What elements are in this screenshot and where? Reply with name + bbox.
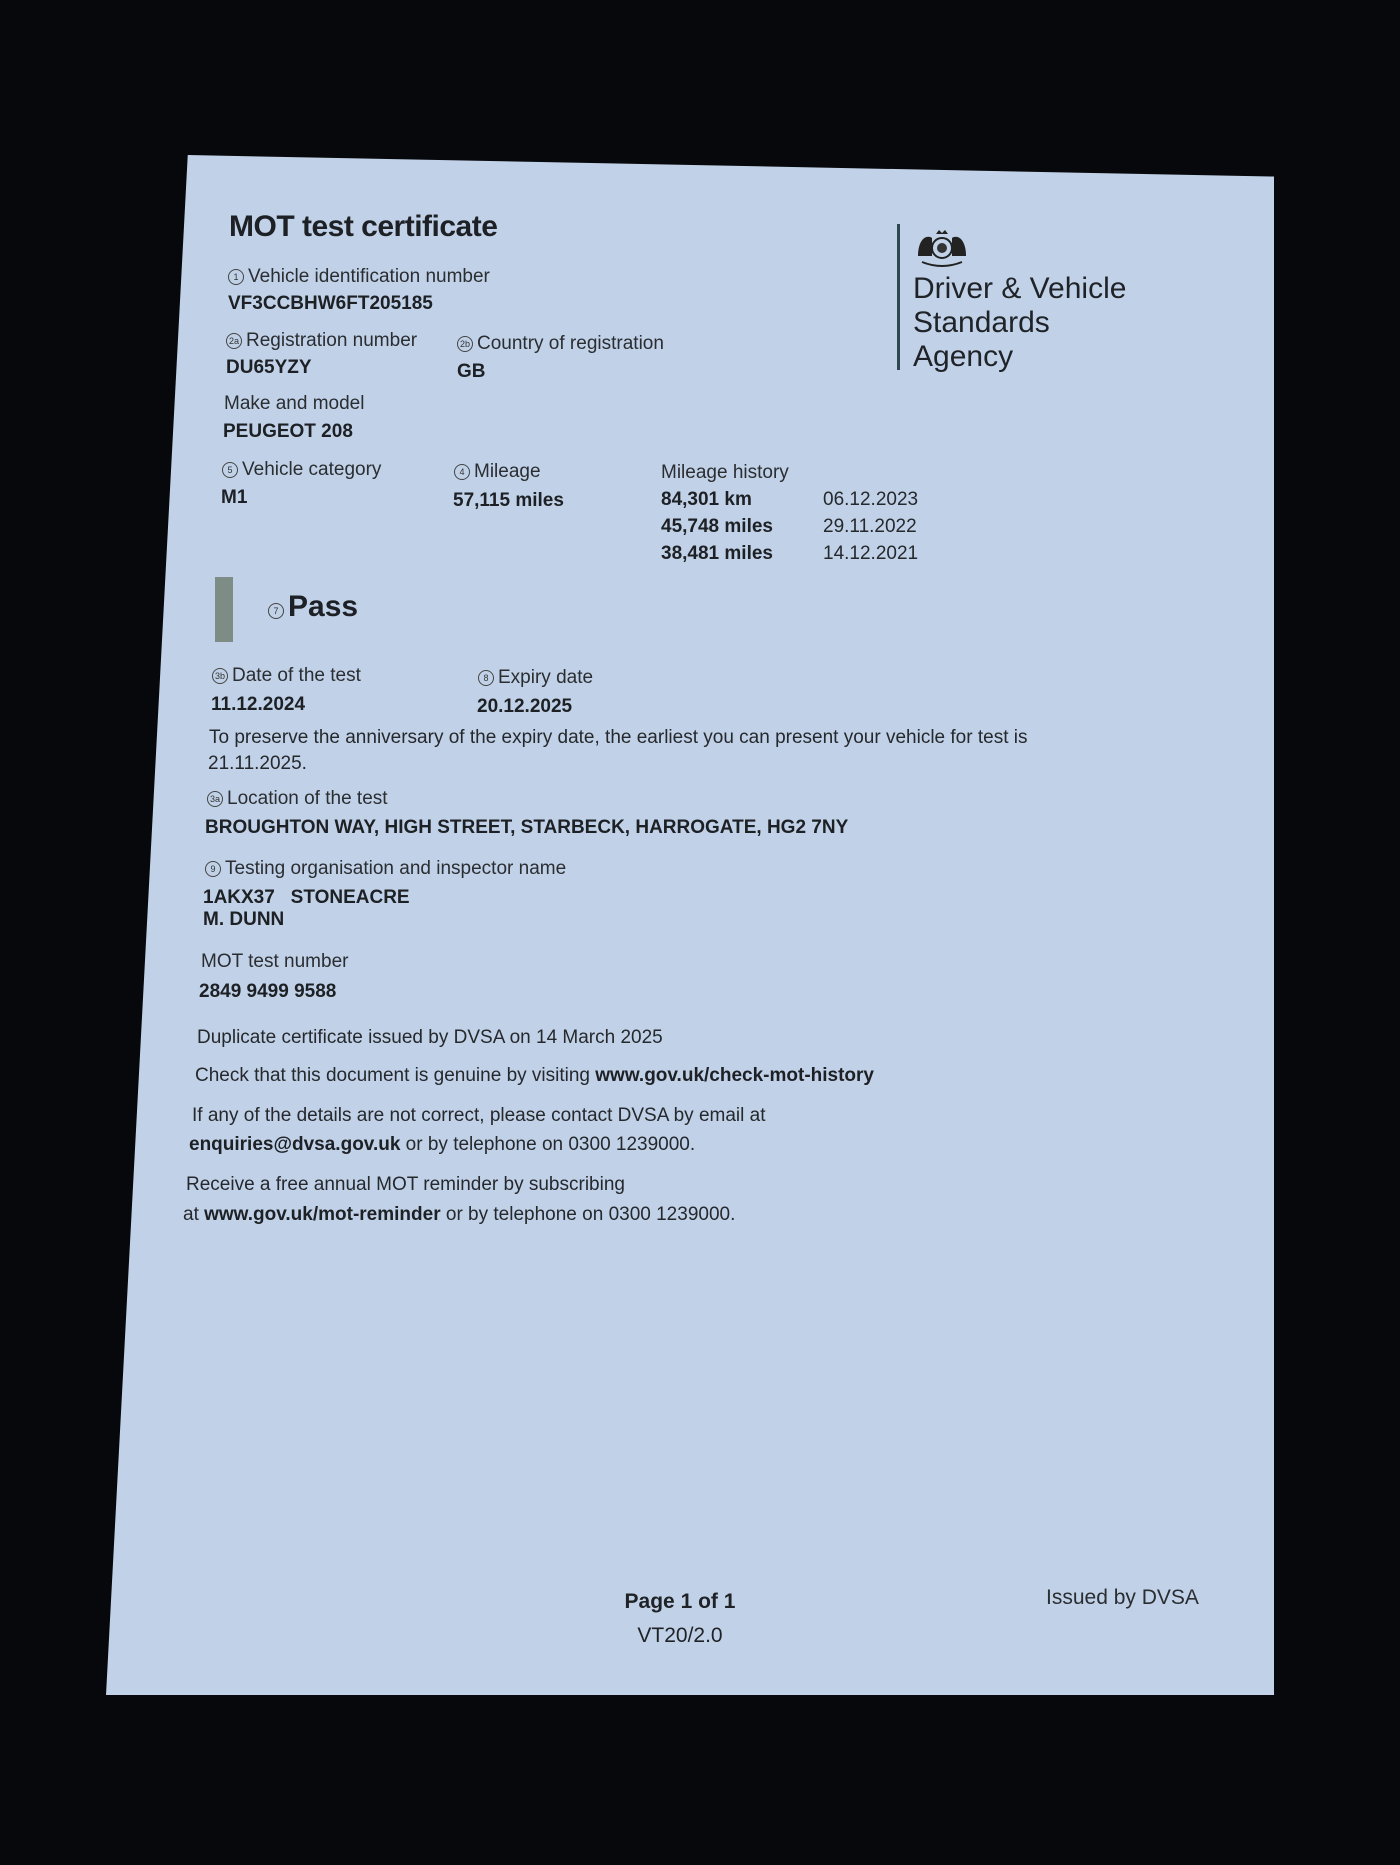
field-number-badge: 9 — [205, 861, 221, 877]
organisation-code-name: 1AKX37 STONEACRE — [203, 887, 410, 909]
reminder-notice-line1: Receive a free annual MOT reminder by su… — [186, 1174, 625, 1196]
page-indicator: Page 1 of 1 — [620, 1590, 740, 1614]
make-model-value: PEUGEOT 208 — [223, 421, 353, 443]
country-value: GB — [457, 361, 486, 383]
registration-label: 2aRegistration number — [226, 330, 417, 352]
logo-divider — [897, 224, 900, 370]
expiry-date-value: 20.12.2025 — [477, 696, 572, 718]
mileage-history-label: Mileage history — [661, 462, 789, 484]
field-number-badge: 4 — [454, 464, 470, 480]
mileage-history-entry: 38,481 miles 14.12.2021 — [661, 543, 918, 570]
field-number-badge: 8 — [478, 670, 494, 686]
anniversary-note: To preserve the anniversary of the expir… — [209, 727, 1027, 749]
agency-name-line: Driver & Vehicle — [913, 272, 1126, 306]
mileage-history-entry: 84,301 km 06.12.2023 — [661, 489, 918, 516]
pass-status-bar — [215, 577, 233, 642]
contact-notice-line1: If any of the details are not correct, p… — [192, 1105, 765, 1127]
vin-label: 1Vehicle identification number — [228, 266, 490, 288]
reminder-notice-line2: at www.gov.uk/mot-reminder or by telepho… — [183, 1204, 735, 1226]
result-value: Pass — [288, 590, 358, 623]
agency-name-line: Standards — [913, 306, 1126, 340]
agency-name-line: Agency — [913, 340, 1126, 374]
field-number-badge: 1 — [228, 269, 244, 285]
category-value: M1 — [221, 487, 247, 509]
field-number-badge: 3a — [207, 791, 223, 807]
test-date-label: 3bDate of the test — [212, 665, 361, 687]
field-number-badge: 3b — [212, 668, 228, 684]
make-model-label: Make and model — [224, 393, 364, 415]
field-number-badge: 7 — [268, 603, 284, 619]
royal-coat-of-arms-icon — [912, 226, 972, 268]
field-number-badge: 2b — [457, 336, 473, 352]
registration-value: DU65YZY — [226, 357, 312, 379]
certificate-title: MOT test certificate — [229, 210, 497, 244]
mileage-history-list: 84,301 km 06.12.2023 45,748 miles 29.11.… — [661, 489, 918, 570]
vin-value: VF3CCBHW6FT205185 — [228, 293, 433, 315]
test-result: 7Pass — [268, 590, 358, 624]
form-code: VT20/2.0 — [620, 1624, 740, 1648]
anniversary-date: 21.11.2025. — [208, 753, 307, 775]
duplicate-notice: Duplicate certificate issued by DVSA on … — [197, 1027, 663, 1049]
issued-by: Issued by DVSA — [1046, 1586, 1199, 1610]
test-number-value: 2849 9499 9588 — [199, 981, 336, 1003]
organisation-label: 9Testing organisation and inspector name — [205, 858, 566, 880]
field-number-badge: 5 — [222, 462, 238, 478]
location-value: BROUGHTON WAY, HIGH STREET, STARBECK, HA… — [205, 817, 848, 839]
test-number-label: MOT test number — [201, 951, 348, 973]
test-date-value: 11.12.2024 — [211, 694, 305, 716]
location-label: 3aLocation of the test — [207, 788, 388, 810]
category-label: 5Vehicle category — [222, 459, 381, 481]
contact-notice-line2: enquiries@dvsa.gov.uk or by telephone on… — [189, 1134, 695, 1156]
field-number-badge: 2a — [226, 333, 242, 349]
check-mot-history-link[interactable]: www.gov.uk/check-mot-history — [595, 1065, 874, 1086]
mileage-label: 4Mileage — [454, 461, 541, 483]
inspector-name: M. DUNN — [203, 909, 284, 931]
contact-email-link[interactable]: enquiries@dvsa.gov.uk — [189, 1134, 400, 1155]
verify-notice: Check that this document is genuine by v… — [195, 1065, 874, 1087]
expiry-date-label: 8Expiry date — [478, 667, 593, 689]
country-label: 2bCountry of registration — [457, 333, 664, 355]
mileage-history-entry: 45,748 miles 29.11.2022 — [661, 516, 918, 543]
agency-name: Driver & Vehicle Standards Agency — [913, 272, 1126, 374]
mileage-value: 57,115 miles — [453, 490, 564, 512]
mot-reminder-link[interactable]: www.gov.uk/mot-reminder — [204, 1204, 440, 1225]
